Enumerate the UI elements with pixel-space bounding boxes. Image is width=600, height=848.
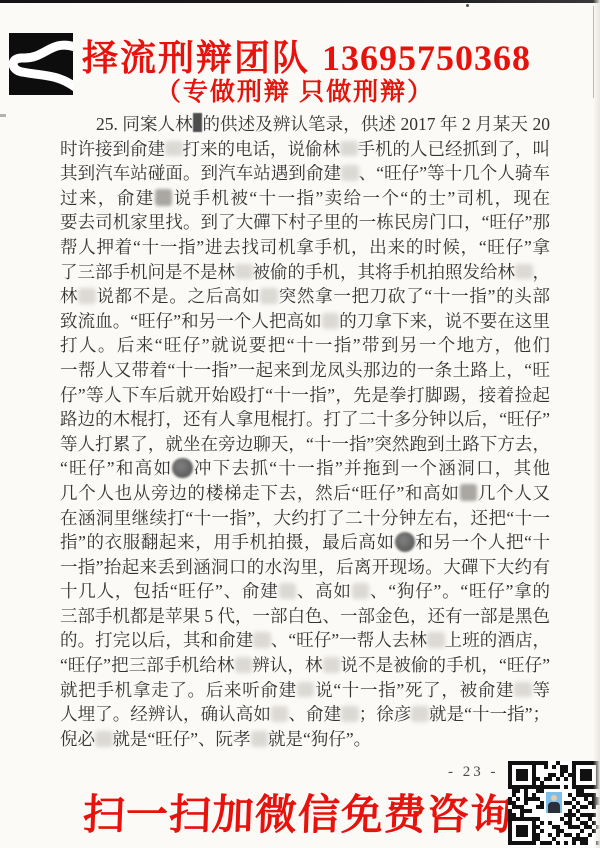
body-line: 致流血。“旺仔”和另一个人把高如的刀拿下来，说不要在这里 <box>60 309 550 334</box>
body-line: 25. 同案人林的供述及辨认笔录，供述 2017 年 2 月某天 20 <box>60 112 550 137</box>
redaction-mark <box>341 706 359 722</box>
redaction-mark <box>341 165 359 181</box>
redaction-mark <box>95 731 113 747</box>
body-line: 就把手机拿走了。后来听俞建说“十一指”死了，被俞建等 <box>60 678 550 703</box>
river-logo-icon <box>9 33 73 95</box>
scan-artifact-top-line <box>0 0 600 3</box>
body-line: 人埋了。经辨认，确认高如、俞建；徐彦就是“十一指”； <box>60 702 550 727</box>
redaction-mark <box>193 113 203 131</box>
redaction-mark <box>165 141 183 157</box>
redaction-mark <box>323 657 341 673</box>
redaction-mark <box>172 458 192 478</box>
body-line: 打人。后来“旺仔”就说要把“十一指”带到另一个地方，他们 <box>60 333 550 358</box>
body-line: 指”的衣服翻起来，用手机拍摄，最后高如和另一个人把“十 <box>60 530 550 555</box>
body-line: 三部手机都是苹果 5 代，一部白色、一部金色，还有一部是黑色 <box>60 604 550 629</box>
body-line: 其到汽车站碰面。到汽车站遇到俞建、“旺仔”等十几个人骑车 <box>60 161 550 186</box>
scan-artifact-dot <box>466 4 469 7</box>
avatar-suit <box>548 802 560 813</box>
redaction-mark <box>411 706 429 722</box>
redaction-mark <box>279 583 297 599</box>
redaction-mark <box>271 706 289 722</box>
body-line: “旺仔”和高如冲下去抓“十一指”并拖到一个涵洞口，其他 <box>60 456 550 481</box>
redaction-mark <box>395 532 415 552</box>
redaction-mark <box>297 682 315 698</box>
redaction-mark <box>514 682 532 698</box>
qr-center-avatar <box>545 791 563 814</box>
redaction-mark <box>515 264 533 280</box>
scan-artifact-left-mark <box>0 114 6 117</box>
redaction-mark <box>253 632 271 648</box>
body-line: 了三部手机问是不是林被偷的手机，其将手机拍照发给林， <box>60 260 550 285</box>
body-line: 要去司机家里找。到了大磾下村子里的一栋民房门口，“旺仔”那 <box>60 210 550 235</box>
redaction-mark <box>251 731 269 747</box>
body-line: 仔”等人下车后就开始殴打“十一指”，先是拳打脚踢，接着捡起 <box>60 383 550 408</box>
body-line: 林说都不是。之后高如突然拿一把刀砍了“十一指”的头部 <box>60 284 550 309</box>
body-line: 一指”抬起来丢到涵洞口的水沟里，后离开现场。大磾下大约有 <box>60 555 550 580</box>
redaction-mark <box>78 288 96 304</box>
body-line: 帮人押着“十一指”进去找司机拿手机，出来的时候，“旺仔”拿 <box>60 235 550 260</box>
redaction-mark <box>235 264 253 280</box>
header-subtitle: （专做刑辩 只做刑辩） <box>65 72 525 108</box>
body-line: 等人打累了，就坐在旁边聊天，“十一指”突然跑到土路下方去， <box>60 432 550 457</box>
body-line: 过来，俞建说手机被“十一指”卖给一个“的士”司机，现在 <box>60 186 550 211</box>
redaction-mark <box>340 141 358 157</box>
redaction-mark <box>322 313 340 329</box>
wechat-cta-text: 扫一扫加微信免费咨询 <box>77 782 519 842</box>
body-line: “旺仔”把三部手机给林辨认，林说不是被偷的手机，“旺仔” <box>60 653 550 678</box>
redaction-mark <box>460 484 478 501</box>
wechat-qr-code <box>508 761 600 847</box>
redaction-mark <box>427 632 445 648</box>
redaction-mark <box>155 189 173 206</box>
body-line: 倪必就是“旺仔”、阮孝就是“狗仔”。 <box>60 727 550 752</box>
body-line: 的。打完以后，其和俞建、“旺仔”一帮人去林上班的酒店， <box>60 628 550 653</box>
redaction-mark <box>235 657 253 673</box>
redaction-mark <box>352 583 370 599</box>
body-line: 几个人也从旁边的楼梯走下去，然后“旺仔”和高如几个人又 <box>60 481 550 506</box>
redaction-mark <box>260 288 278 304</box>
avatar-head <box>551 795 557 801</box>
document-body: 25. 同案人林的供述及辨认笔录，供述 2017 年 2 月某天 20时许接到俞… <box>60 112 550 751</box>
body-line: 在涵洞里继续打“十一指”，大约打了二十分钟左右，还把“十一 <box>60 506 550 531</box>
scanned-document-page: 择流刑辩团队13695750368 （专做刑辩 只做刑辩） 25. 同案人林的供… <box>0 0 600 848</box>
body-line: 十几人，包括“旺仔”、俞建、高如、“狗仔”。“旺仔”拿的 <box>60 579 550 604</box>
body-line: 一帮人又带着“十一指”一起来到龙凤头那边的一条土路上，“旺 <box>60 358 550 383</box>
body-line: 路边的木棍打，还有人拿甩棍打。打了二十多分钟以后，“旺仔” <box>60 407 550 432</box>
body-line: 时许接到俞建打来的电话，说偷林手机的人已经抓到了，叫 <box>60 137 550 162</box>
scan-artifact-right-line <box>593 6 594 98</box>
